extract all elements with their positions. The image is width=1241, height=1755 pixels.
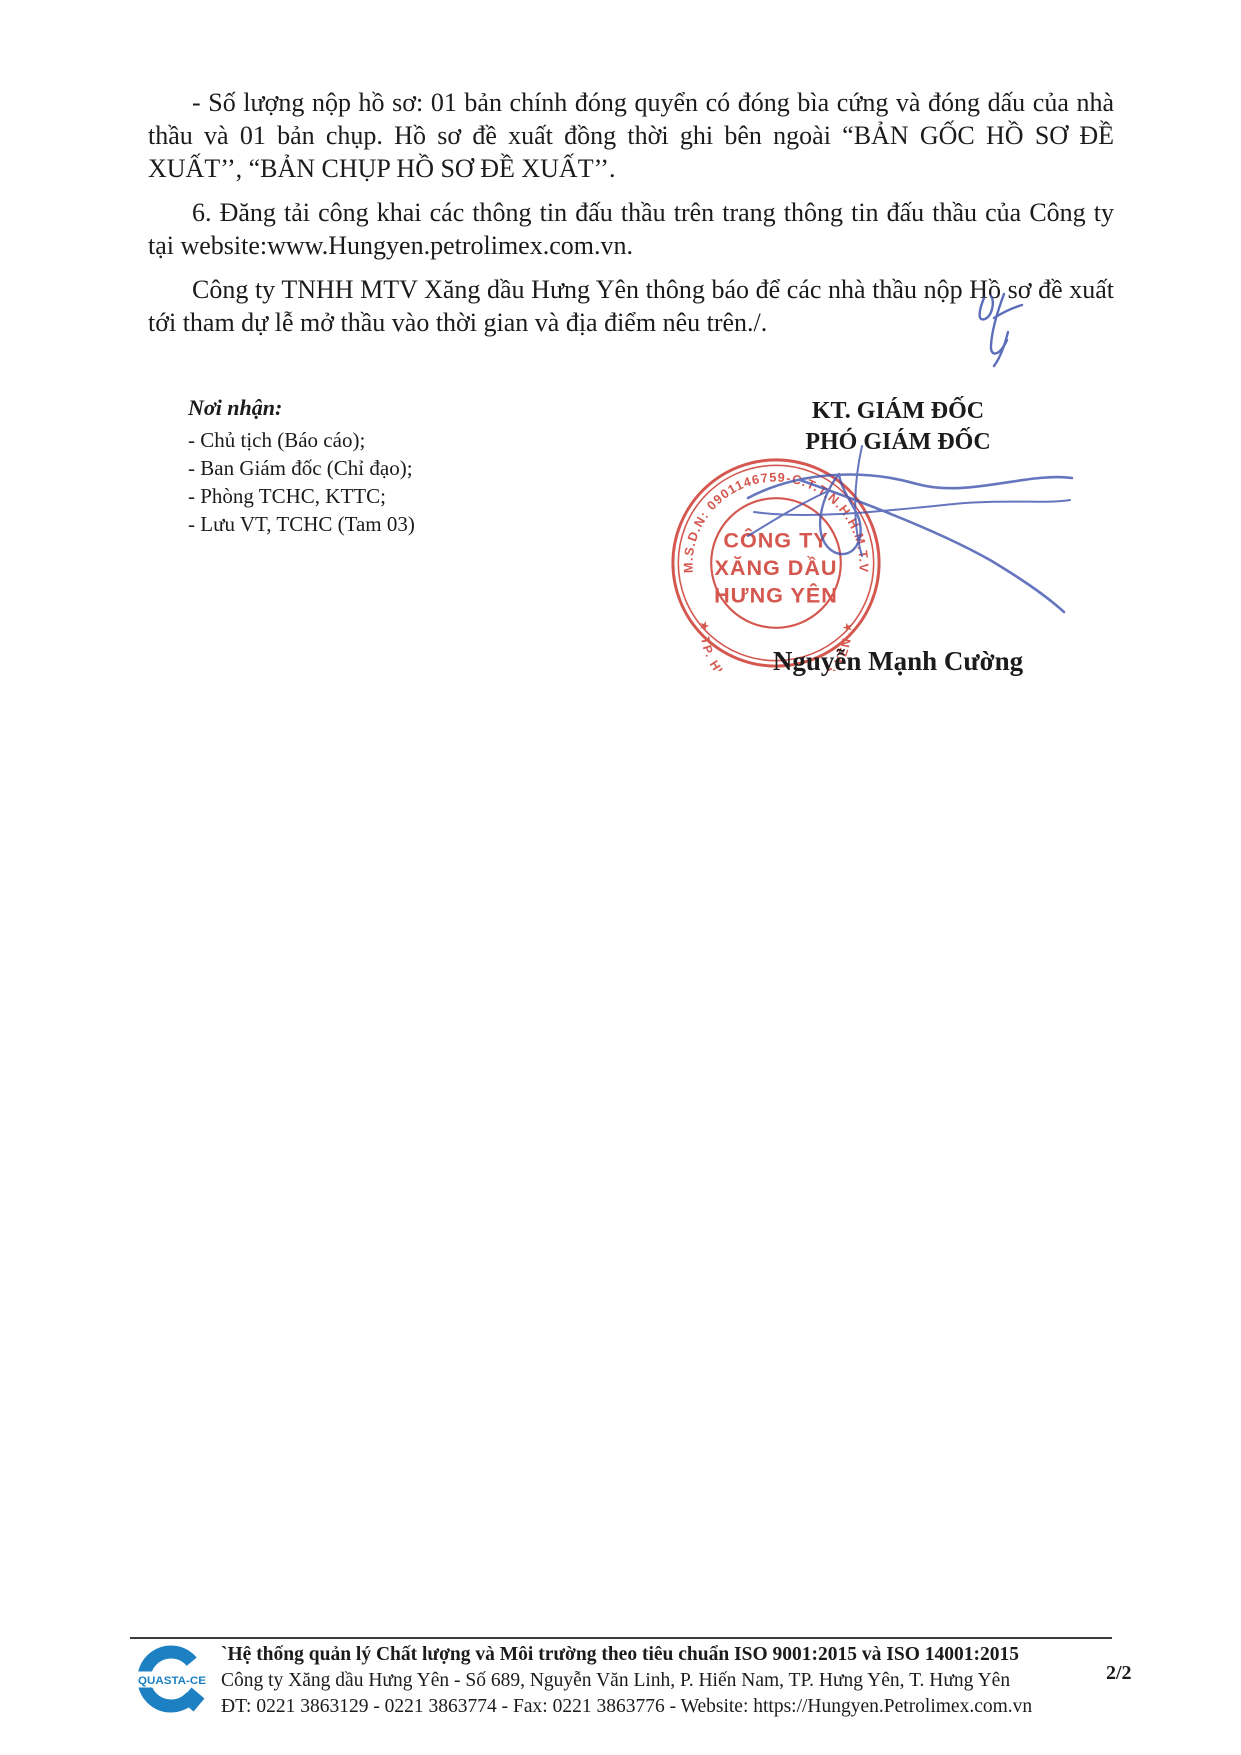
handwritten-initials-mark <box>972 288 1032 370</box>
paragraph-public-posting: 6. Đăng tải công khai các thông tin đấu … <box>148 196 1114 262</box>
page-number: 2/2 <box>1106 1662 1132 1685</box>
signer-name: Nguyễn Mạnh Cường <box>700 646 1096 677</box>
recipient-item: - Phòng TCHC, KTTC; <box>188 482 415 510</box>
footer-iso-line: `Hệ thống quản lý Chất lượng và Môi trườ… <box>221 1642 1091 1668</box>
recipient-item: - Ban Giám đốc (Chỉ đạo); <box>188 454 415 482</box>
footer-address-line: Công ty Xăng dầu Hưng Yên - Số 689, Nguy… <box>221 1668 1091 1694</box>
recipients-block: Nơi nhận: - Chủ tịch (Báo cáo); - Ban Gi… <box>188 394 415 538</box>
signer-role-line1: KT. GIÁM ĐỐC <box>700 396 1096 427</box>
quasta-ce-logo-icon: QUASTA-CE <box>136 1643 208 1721</box>
footer-info: `Hệ thống quản lý Chất lượng và Môi trườ… <box>221 1642 1091 1720</box>
footer-contact-line: ĐT: 0221 3863129 - 0221 3863774 - Fax: 0… <box>221 1694 1091 1720</box>
recipients-heading: Nơi nhận: <box>188 394 415 422</box>
footer-divider <box>130 1637 1112 1639</box>
paragraph-closing-notice: Công ty TNHH MTV Xăng dầu Hưng Yên thông… <box>148 273 1114 339</box>
recipient-item: - Lưu VT, TCHC (Tam 03) <box>188 510 415 538</box>
paragraph-submission-count: - Số lượng nộp hồ sơ: 01 bản chính đóng … <box>148 86 1114 185</box>
document-page: - Số lượng nộp hồ sơ: 01 bản chính đóng … <box>0 0 1241 1755</box>
footer-logo-text: QUASTA-CE <box>138 1675 206 1687</box>
document-body: - Số lượng nộp hồ sơ: 01 bản chính đóng … <box>148 86 1114 350</box>
handwritten-signature <box>742 438 1078 634</box>
recipient-item: - Chủ tịch (Báo cáo); <box>188 426 415 454</box>
